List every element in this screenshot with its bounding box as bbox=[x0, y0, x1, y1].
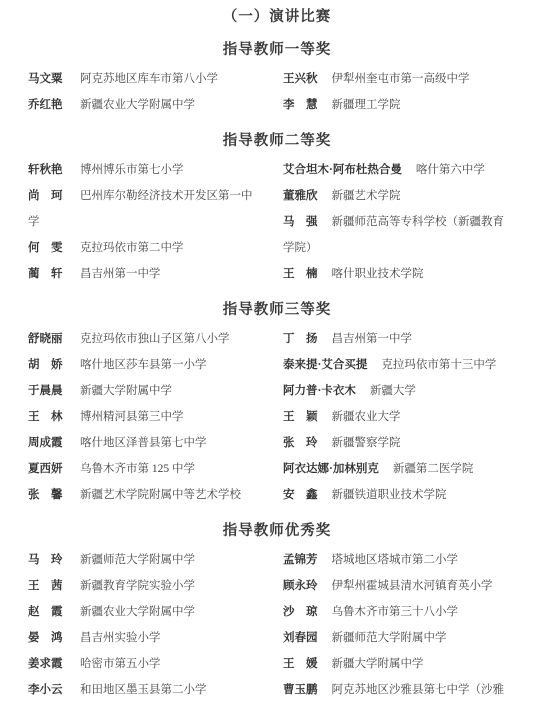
award-row: 何 雯克拉玛依市第二中学学院） bbox=[28, 235, 526, 261]
winner-school: 乌鲁木齐市第三十八小学 bbox=[332, 599, 459, 625]
winner-school: 喀什地区泽普县第七中学 bbox=[80, 430, 207, 456]
award-cell-right: 顾永玲伊犁州霍城县清水河镇育英小学 bbox=[283, 573, 526, 599]
award-cell-left: 夏西妍乌鲁木齐市第 125 中学 bbox=[28, 456, 283, 482]
award-cell-right: 孟锦芳塔城地区塔城市第二小学 bbox=[283, 547, 526, 573]
award-cell-left: 尚 珂巴州库尔勒经济技术开发区第一中 bbox=[28, 183, 283, 209]
winner-name: 王兴秋 bbox=[283, 66, 332, 92]
award-row: 夏西妍乌鲁木齐市第 125 中学阿衣达娜·加林别克新疆第二医学院 bbox=[28, 456, 526, 482]
winner-school: 伊犁州奎屯市第一高级中学 bbox=[332, 66, 470, 92]
winner-name: 乔红艳 bbox=[28, 92, 80, 118]
award-cell-left: 于晨晨新疆大学附属中学 bbox=[28, 378, 283, 404]
award-cell-right: 丁 扬昌吉州第一中学 bbox=[283, 326, 526, 352]
winner-school: 学 bbox=[28, 209, 40, 235]
award-row: 王 茜新疆教育学院实验小学顾永玲伊犁州霍城县清水河镇育英小学 bbox=[28, 573, 526, 599]
winner-name: 阿力普·卡衣木 bbox=[283, 378, 370, 404]
winner-name: 何 雯 bbox=[28, 235, 80, 261]
winner-school: 哈密市第五小学 bbox=[80, 651, 161, 677]
winner-school: 新疆师范大学附属中学 bbox=[332, 625, 447, 651]
winner-school: 乌鲁木齐市第 125 中学 bbox=[80, 456, 195, 482]
award-cell-right: 艾合坦木·阿布杜热合曼喀什第六中学 bbox=[283, 157, 526, 183]
award-cell-left: 马 玲新疆师范大学附属中学 bbox=[28, 547, 283, 573]
winner-name: 王 媛 bbox=[283, 651, 332, 677]
winner-school: 新疆警察学院 bbox=[332, 430, 401, 456]
award-cell-left: 轩秋艳博州博乐市第七小学 bbox=[28, 157, 283, 183]
award-cell-right: 曹玉鹏阿克苏地区沙雅县第七中学（沙雅 bbox=[283, 677, 526, 703]
winner-name: 于晨晨 bbox=[28, 378, 80, 404]
winner-name: 李小云 bbox=[28, 677, 80, 703]
award-cell-left: 王 林博州精河县第三中学 bbox=[28, 404, 283, 430]
winner-school: 昌吉州第一中学 bbox=[332, 326, 413, 352]
award-cell-right: 王兴秋伊犁州奎屯市第一高级中学 bbox=[283, 66, 526, 92]
award-cell-left: 乔红艳新疆农业大学附属中学 bbox=[28, 92, 283, 118]
winner-school: 新疆农业大学附属中学 bbox=[80, 599, 195, 625]
winner-school: 新疆艺术学院 bbox=[332, 183, 401, 209]
winner-school: 喀什地区莎车县第一小学 bbox=[80, 352, 207, 378]
winner-school: 喀什职业技术学院 bbox=[332, 261, 424, 287]
winner-name: 张 馨 bbox=[28, 482, 80, 508]
winner-school: 新疆农业大学 bbox=[332, 404, 401, 430]
winner-name: 蔺 轩 bbox=[28, 261, 80, 287]
winner-school: 克拉玛依市第十三中学 bbox=[381, 352, 496, 378]
winner-name: 董雅欣 bbox=[283, 183, 332, 209]
award-row: 赵 霞新疆农业大学附属中学沙 琼乌鲁木齐市第三十八小学 bbox=[28, 599, 526, 625]
award-row: 乔红艳新疆农业大学附属中学李 慧新疆理工学院 bbox=[28, 92, 526, 118]
page-title: （一）演讲比赛 bbox=[28, 8, 526, 27]
winner-school: 新疆大学 bbox=[370, 378, 416, 404]
winner-name: 刘春园 bbox=[283, 625, 332, 651]
award-row: 胡 娇喀什地区莎车县第一小学泰来提·艾合买提克拉玛依市第十三中学 bbox=[28, 352, 526, 378]
winner-name: 周成霞 bbox=[28, 430, 80, 456]
award-sections: 指导教师一等奖马文粟阿克苏地区库车市第八小学王兴秋伊犁州奎屯市第一高级中学乔红艳… bbox=[28, 41, 526, 703]
winner-school: 新疆师范大学附属中学 bbox=[80, 547, 195, 573]
section-heading: 指导教师二等奖 bbox=[28, 132, 526, 151]
winner-name: 沙 琼 bbox=[283, 599, 332, 625]
winner-name: 舒晓丽 bbox=[28, 326, 80, 352]
award-cell-left: 姜求霞哈密市第五小学 bbox=[28, 651, 283, 677]
award-row: 蔺 轩昌吉州第一中学王 楠喀什职业技术学院 bbox=[28, 261, 526, 287]
winner-school: 博州精河县第三中学 bbox=[80, 404, 184, 430]
award-row: 姜求霞哈密市第五小学王 媛新疆大学附属中学 bbox=[28, 651, 526, 677]
winner-name: 姜求霞 bbox=[28, 651, 80, 677]
award-cell-right: 王 颖新疆农业大学 bbox=[283, 404, 526, 430]
winner-school: 新疆第二医学院 bbox=[393, 456, 474, 482]
winner-name: 安 鑫 bbox=[283, 482, 332, 508]
award-row: 张 馨新疆艺术学院附属中等艺术学校安 鑫新疆铁道职业技术学院 bbox=[28, 482, 526, 508]
award-cell-right: 董雅欣新疆艺术学院 bbox=[283, 183, 526, 209]
award-cell-left: 马文粟阿克苏地区库车市第八小学 bbox=[28, 66, 283, 92]
winner-name: 马 强 bbox=[283, 209, 332, 235]
award-cell-right: 刘春园新疆师范大学附属中学 bbox=[283, 625, 526, 651]
winner-name: 晏 鸿 bbox=[28, 625, 80, 651]
winner-school: 阿克苏地区库车市第八小学 bbox=[80, 66, 218, 92]
winner-name: 马文粟 bbox=[28, 66, 80, 92]
award-cell-right: 王 媛新疆大学附属中学 bbox=[283, 651, 526, 677]
award-cell-right: 学院） bbox=[283, 235, 526, 261]
award-cell-left: 晏 鸿昌吉州实验小学 bbox=[28, 625, 283, 651]
award-cell-left: 胡 娇喀什地区莎车县第一小学 bbox=[28, 352, 283, 378]
award-row: 李小云和田地区墨玉县第二小学曹玉鹏阿克苏地区沙雅县第七中学（沙雅 bbox=[28, 677, 526, 703]
award-cell-left: 蔺 轩昌吉州第一中学 bbox=[28, 261, 283, 287]
winner-school: 伊犁州霍城县清水河镇育英小学 bbox=[332, 573, 493, 599]
award-cell-left: 学 bbox=[28, 209, 283, 235]
winner-school: 阿克苏地区沙雅县第七中学（沙雅 bbox=[332, 677, 505, 703]
section-heading: 指导教师一等奖 bbox=[28, 41, 526, 60]
document-page: （一）演讲比赛 指导教师一等奖马文粟阿克苏地区库车市第八小学王兴秋伊犁州奎屯市第… bbox=[0, 0, 544, 707]
award-cell-right: 泰来提·艾合买提克拉玛依市第十三中学 bbox=[283, 352, 526, 378]
award-cell-left: 何 雯克拉玛依市第二中学 bbox=[28, 235, 283, 261]
award-cell-right: 安 鑫新疆铁道职业技术学院 bbox=[283, 482, 526, 508]
winner-name: 轩秋艳 bbox=[28, 157, 80, 183]
winner-school: 新疆教育学院实验小学 bbox=[80, 573, 195, 599]
winner-name: 王 楠 bbox=[283, 261, 332, 287]
winner-school: 新疆大学附属中学 bbox=[80, 378, 172, 404]
award-row: 晏 鸿昌吉州实验小学刘春园新疆师范大学附属中学 bbox=[28, 625, 526, 651]
winner-name: 张 玲 bbox=[283, 430, 332, 456]
winner-school: 克拉玛依市第二中学 bbox=[80, 235, 184, 261]
winner-name: 艾合坦木·阿布杜热合曼 bbox=[283, 157, 416, 183]
award-cell-right: 阿力普·卡衣木新疆大学 bbox=[283, 378, 526, 404]
section-heading: 指导教师优秀奖 bbox=[28, 522, 526, 541]
section-heading: 指导教师三等奖 bbox=[28, 301, 526, 320]
award-cell-left: 王 茜新疆教育学院实验小学 bbox=[28, 573, 283, 599]
winner-name: 李 慧 bbox=[283, 92, 332, 118]
winner-name: 夏西妍 bbox=[28, 456, 80, 482]
winner-school: 新疆师范高等专科学校（新疆教育 bbox=[332, 209, 505, 235]
winner-school: 新疆农业大学附属中学 bbox=[80, 92, 195, 118]
award-cell-right: 李 慧新疆理工学院 bbox=[283, 92, 526, 118]
award-cell-left: 张 馨新疆艺术学院附属中等艺术学校 bbox=[28, 482, 283, 508]
winner-name: 王 颖 bbox=[283, 404, 332, 430]
winner-school: 博州博乐市第七小学 bbox=[80, 157, 184, 183]
award-cell-right: 沙 琼乌鲁木齐市第三十八小学 bbox=[283, 599, 526, 625]
winner-name: 王 茜 bbox=[28, 573, 80, 599]
award-cell-left: 李小云和田地区墨玉县第二小学 bbox=[28, 677, 283, 703]
award-row: 学马 强新疆师范高等专科学校（新疆教育 bbox=[28, 209, 526, 235]
award-cell-left: 舒晓丽克拉玛依市独山子区第八小学 bbox=[28, 326, 283, 352]
winner-name: 顾永玲 bbox=[283, 573, 332, 599]
award-cell-right: 马 强新疆师范高等专科学校（新疆教育 bbox=[283, 209, 526, 235]
winner-name: 泰来提·艾合买提 bbox=[283, 352, 381, 378]
winner-school: 新疆理工学院 bbox=[332, 92, 401, 118]
winner-school: 克拉玛依市独山子区第八小学 bbox=[80, 326, 230, 352]
winner-name: 阿衣达娜·加林别克 bbox=[283, 456, 393, 482]
winner-name: 王 林 bbox=[28, 404, 80, 430]
winner-name: 丁 扬 bbox=[283, 326, 332, 352]
winner-school: 新疆大学附属中学 bbox=[332, 651, 424, 677]
winner-school: 学院） bbox=[283, 235, 318, 261]
winner-school: 塔城地区塔城市第二小学 bbox=[332, 547, 459, 573]
winner-school: 和田地区墨玉县第二小学 bbox=[80, 677, 207, 703]
winner-name: 赵 霞 bbox=[28, 599, 80, 625]
award-row: 舒晓丽克拉玛依市独山子区第八小学丁 扬昌吉州第一中学 bbox=[28, 326, 526, 352]
winner-school: 新疆艺术学院附属中等艺术学校 bbox=[80, 482, 241, 508]
winner-name: 孟锦芳 bbox=[283, 547, 332, 573]
winner-name: 胡 娇 bbox=[28, 352, 80, 378]
winner-name: 尚 珂 bbox=[28, 183, 80, 209]
winner-name: 曹玉鹏 bbox=[283, 677, 332, 703]
winner-school: 巴州库尔勒经济技术开发区第一中 bbox=[80, 183, 253, 209]
award-row: 周成霞喀什地区泽普县第七中学张 玲新疆警察学院 bbox=[28, 430, 526, 456]
award-cell-left: 赵 霞新疆农业大学附属中学 bbox=[28, 599, 283, 625]
winner-school: 喀什第六中学 bbox=[416, 157, 485, 183]
winner-school: 昌吉州第一中学 bbox=[80, 261, 161, 287]
award-row: 马 玲新疆师范大学附属中学孟锦芳塔城地区塔城市第二小学 bbox=[28, 547, 526, 573]
award-cell-right: 王 楠喀什职业技术学院 bbox=[283, 261, 526, 287]
award-cell-right: 张 玲新疆警察学院 bbox=[283, 430, 526, 456]
award-cell-left: 周成霞喀什地区泽普县第七中学 bbox=[28, 430, 283, 456]
award-row: 轩秋艳博州博乐市第七小学艾合坦木·阿布杜热合曼喀什第六中学 bbox=[28, 157, 526, 183]
award-row: 马文粟阿克苏地区库车市第八小学王兴秋伊犁州奎屯市第一高级中学 bbox=[28, 66, 526, 92]
winner-school: 昌吉州实验小学 bbox=[80, 625, 161, 651]
award-row: 于晨晨新疆大学附属中学阿力普·卡衣木新疆大学 bbox=[28, 378, 526, 404]
award-row: 王 林博州精河县第三中学王 颖新疆农业大学 bbox=[28, 404, 526, 430]
award-cell-right: 阿衣达娜·加林别克新疆第二医学院 bbox=[283, 456, 526, 482]
winner-school: 新疆铁道职业技术学院 bbox=[332, 482, 447, 508]
award-row: 尚 珂巴州库尔勒经济技术开发区第一中董雅欣新疆艺术学院 bbox=[28, 183, 526, 209]
winner-name: 马 玲 bbox=[28, 547, 80, 573]
